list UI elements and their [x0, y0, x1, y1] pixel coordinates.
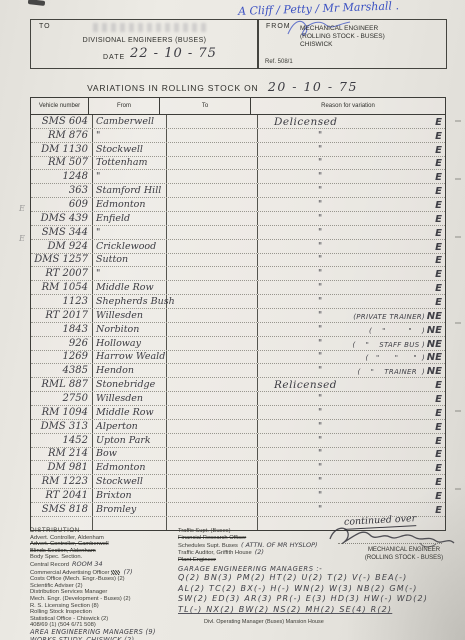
from-garage-cell: Willesden: [93, 392, 167, 405]
reason-cell: "E: [258, 254, 445, 267]
to-garage-cell: [167, 115, 258, 128]
column-header-from: From: [89, 98, 160, 114]
reason-cell: "E: [258, 461, 445, 474]
sender-line: MECHANICAL ENGINEER: [300, 25, 385, 33]
status-code: E: [435, 297, 442, 308]
vehicle-number-cell: RM 1094: [31, 406, 93, 419]
reason-text: ": [318, 352, 322, 362]
vehicle-number-cell: RM 1223: [31, 475, 93, 488]
reason-cell: "E: [258, 198, 445, 211]
vehicle-number-cell: SMS 818: [31, 503, 93, 516]
handwritten-addition: ROOM 34: [72, 560, 103, 568]
distribution-item-text: Mech. Engr. (Development - Buses) (2): [30, 596, 131, 602]
distribution-item: Costs Office (Mech. Engr.-Buses) (2): [30, 576, 182, 583]
reason-text: Delicensed: [274, 116, 338, 128]
to-garage-cell: [167, 337, 258, 350]
vehicle-number-cell: RT 2007: [31, 267, 93, 280]
table-row: DMS 439Enfield"E: [31, 212, 445, 226]
table-row: RML 887StonebridgeRelicensedE: [31, 378, 445, 392]
from-garage-cell: Shepherds Bush: [93, 295, 167, 308]
reason-text: ": [318, 172, 322, 182]
to-garage-cell: [167, 323, 258, 336]
reason-text: ": [318, 477, 322, 487]
status-code: NE: [427, 311, 442, 322]
to-garage-cell: [167, 461, 258, 474]
to-garage-cell: [167, 157, 258, 170]
reason-text: ": [318, 242, 322, 252]
table-row: 1843Norbiton"( " " )NE: [31, 323, 445, 337]
reason-cell: "E: [258, 295, 445, 308]
distribution-item: Central RecordROOM 34: [30, 561, 182, 569]
column-header-vehicle: Vehicle number: [31, 98, 89, 114]
distribution-item-text: Costs Office (Mech. Engr.-Buses) (2): [30, 576, 125, 582]
table-row: 1123Shepherds Bush"E: [31, 295, 445, 309]
date-value-handwritten: 22 - 10 - 75: [130, 46, 217, 61]
table-row: 2750Willesden"E: [31, 392, 445, 406]
to-garage-cell: [167, 198, 258, 211]
to-garage-cell: [167, 392, 258, 405]
garage-code-line: TL(-) NX(2) BW(2) NS(2) MH(2) SE(4) R(2): [178, 605, 465, 616]
distribution-item-text: Rolling Stock Inspection: [30, 609, 92, 615]
to-garage-cell: [167, 267, 258, 280]
vehicle-number-cell: RT 2017: [31, 309, 93, 322]
from-garage-cell: Sutton: [93, 254, 167, 267]
from-garage-cell: Enfield: [93, 212, 167, 225]
status-code: E: [435, 228, 442, 239]
reason-note: ( " TRAINER ): [358, 368, 425, 376]
vehicle-number-cell: DM 1130: [31, 143, 93, 156]
from-garage-cell: ": [93, 226, 167, 239]
reason-note: ( " STAFF BUS ): [352, 341, 425, 349]
reason-cell: "E: [258, 475, 445, 488]
reason-cell: "E: [258, 267, 445, 280]
distribution-item: Financial Research Officer: [178, 535, 465, 542]
vehicle-number-cell: DMS 439: [31, 212, 93, 225]
reason-text: ": [318, 436, 322, 446]
distribution-item: Mech. Engr. (Development - Buses) (2): [30, 596, 182, 603]
to-garage-cell: [167, 475, 258, 488]
to-label: TO: [39, 23, 51, 30]
from-garage-cell: Bow: [93, 448, 167, 461]
distribution-item: Blinds Section, Aldenham: [30, 548, 182, 555]
to-garage-cell: [167, 309, 258, 322]
vehicle-number-cell: 363: [31, 184, 93, 197]
reason-cell: "E: [258, 392, 445, 405]
status-code: NE: [427, 352, 442, 363]
status-code: E: [435, 394, 442, 405]
status-code: E: [435, 158, 442, 169]
table-row: RM 214Bow"E: [31, 448, 445, 462]
reason-text: ": [318, 200, 322, 210]
handwritten-addition: ( ATTN. OF MR HYSLOP): [241, 541, 318, 549]
reason-text: ": [318, 491, 322, 501]
distribution-item-text: Commercial Advertising Officer: [30, 570, 109, 576]
status-code: E: [435, 463, 442, 474]
status-code: E: [435, 422, 442, 433]
status-code: E: [435, 449, 442, 460]
from-garage-cell: Hendon: [93, 364, 167, 377]
reason-cell: "E: [258, 184, 445, 197]
distribution-item-text: Blinds Section, Aldenham: [30, 548, 96, 554]
reason-text: ": [318, 186, 322, 196]
distribution-left-column: DISTRIBUTION Advert. Controller, Aldenha…: [30, 528, 182, 640]
from-garage-cell: Middle Row: [93, 406, 167, 419]
table-row: 609Edmonton"E: [31, 198, 445, 212]
reason-text: ": [318, 505, 322, 515]
to-address-box: TO DIVISIONAL ENGINEERS (BUSES) DATE 22 …: [30, 19, 259, 69]
distribution-item-text: Advert. Controller, Aldenham: [30, 535, 104, 541]
distribution-item: Scientific Adviser (2): [30, 583, 182, 590]
status-code: E: [435, 269, 442, 280]
garage-code-line: AL(2) TC(2) BX(-) H(-) WN(2) W(3) NB(2) …: [178, 584, 465, 595]
reason-cell: "E: [258, 226, 445, 239]
status-code: NE: [427, 339, 442, 350]
faded-stamp: [93, 23, 208, 32]
status-code: E: [435, 242, 442, 253]
vehicle-number-cell: 1843: [31, 323, 93, 336]
distribution-item: Traffic Auditor, Griffith House(2): [178, 549, 465, 557]
reason-cell: "E: [258, 489, 445, 502]
column-header-reason: Reason for variation: [251, 98, 445, 114]
reason-note: ( " " ): [369, 327, 425, 335]
garage-code-lines: Q(2) BN(3) PM(2) HT(2) U(2) T(2) V(-) BE…: [178, 573, 465, 616]
status-code: E: [435, 255, 442, 266]
reason-text: ": [318, 422, 322, 432]
status-code: E: [435, 117, 442, 128]
status-code: E: [435, 283, 442, 294]
from-garage-cell: Camberwell: [93, 115, 167, 128]
vehicle-number-cell: 1452: [31, 434, 93, 447]
to-garage-cell: [167, 254, 258, 267]
vehicle-number-cell: SMS 344: [31, 226, 93, 239]
reason-text: ": [318, 145, 322, 155]
scanned-document-page: A Cliff / Petty / Mr Marshall . TO DIVIS…: [0, 0, 465, 640]
reason-text: ": [318, 394, 322, 404]
garage-code-line: Q(2) BN(3) PM(2) HT(2) U(2) T(2) V(-) BE…: [178, 573, 465, 584]
table-row: DM 981Edmonton"E: [31, 461, 445, 475]
from-garage-cell: Stockwell: [93, 143, 167, 156]
distribution-item-text: R. S. Licensing Section (8): [30, 603, 99, 609]
reason-note: ( " " " ): [365, 354, 425, 362]
reason-note: (PRIVATE TRAINER): [353, 313, 425, 321]
rolling-stock-table: Vehicle number From To Reason for variat…: [30, 97, 446, 531]
status-code: E: [435, 172, 442, 183]
reason-text: ": [318, 408, 322, 418]
from-garage-cell: Bromley: [93, 503, 167, 516]
from-garage-cell: Tottenham: [93, 157, 167, 170]
from-garage-cell: Holloway: [93, 337, 167, 350]
distribution-item-text: Traffic Supt. (Buses): [178, 528, 231, 534]
reason-cell: "E: [258, 170, 445, 183]
distribution-item-text: Central Record: [30, 562, 69, 568]
vehicle-number-cell: 1269: [31, 351, 93, 364]
distribution-item: Commercial Advertising Officer(7): [30, 569, 182, 577]
distribution-item-text: Advert. Controller, Camberwell: [30, 541, 109, 547]
reason-cell: "( " " " )NE: [258, 351, 445, 364]
table-row: RT 2017Willesden"(PRIVATE TRAINER)NE: [31, 309, 445, 323]
vehicle-number-cell: DM 924: [31, 240, 93, 253]
table-row: DMS 1257Sutton"E: [31, 254, 445, 268]
table-row: 1269Harrow Weald"( " " " )NE: [31, 351, 445, 365]
distribution-item-text: Schedules Supt. Buses: [178, 543, 238, 549]
from-garage-cell: Willesden: [93, 309, 167, 322]
distribution-item: Distribution Services Manager: [30, 589, 182, 596]
reason-text: ": [318, 269, 322, 279]
vehicle-number-cell: 4385: [31, 364, 93, 377]
title-date-handwritten: 20 - 10 - 75: [268, 79, 358, 94]
from-garage-cell: Norbiton: [93, 323, 167, 336]
distribution-item: Advert. Controller, Camberwell: [30, 541, 182, 548]
vehicle-number-cell: RM 214: [31, 448, 93, 461]
distribution-item-text: Financial Research Officer: [178, 535, 246, 541]
vehicle-number-cell: 609: [31, 198, 93, 211]
reason-text: ": [318, 283, 322, 293]
from-garage-cell: ": [93, 170, 167, 183]
status-code: E: [435, 186, 442, 197]
to-garage-cell: [167, 434, 258, 447]
table-row: 1452Upton Park"E: [31, 434, 445, 448]
garage-managers-heading: GARAGE ENGINEERING MANAGERS :-: [178, 566, 465, 573]
table-row: RM 1223Stockwell"E: [31, 475, 445, 489]
table-header-row: Vehicle number From To Reason for variat…: [31, 98, 445, 115]
from-garage-cell: ": [93, 267, 167, 280]
vehicle-number-cell: RM 1054: [31, 281, 93, 294]
vehicle-number-cell: SMS 604: [31, 115, 93, 128]
distribution-item: Plant Engineer: [178, 557, 465, 564]
margin-mark: E: [19, 204, 25, 213]
to-garage-cell: [167, 295, 258, 308]
scan-artifact-edge: [455, 488, 461, 490]
from-garage-cell: Upton Park: [93, 434, 167, 447]
reason-cell: "E: [258, 143, 445, 156]
distribution-item: Body Spec. Section.: [30, 554, 182, 561]
reason-cell: "E: [258, 503, 445, 516]
scan-artifact-edge: [455, 322, 461, 324]
reason-text: ": [318, 255, 322, 265]
to-garage-cell: [167, 240, 258, 253]
vehicle-number-cell: RT 2041: [31, 489, 93, 502]
reason-text: ": [318, 449, 322, 459]
to-garage-cell: [167, 129, 258, 142]
from-garage-cell: Stonebridge: [93, 378, 167, 391]
reason-cell: "E: [258, 129, 445, 142]
reason-text: ": [318, 339, 322, 349]
vehicle-number-cell: DMS 313: [31, 420, 93, 433]
garage-code-line: SW(2) ED(3) AR(3) PR(-) E(3) HD(3) HW(-)…: [178, 594, 465, 605]
from-garage-cell: Brixton: [93, 489, 167, 502]
distribution-item-text: Traffic Auditor, Griffith House: [178, 550, 252, 556]
vehicle-number-cell: DM 981: [31, 461, 93, 474]
from-garage-cell: ": [93, 129, 167, 142]
table-row: RM 507Tottenham"E: [31, 157, 445, 171]
distribution-item-text: Scientific Adviser (2): [30, 583, 83, 589]
sender-address: MECHANICAL ENGINEER (ROLLING STOCK - BUS…: [300, 25, 385, 49]
distribution-item: Rolling Stock Inspection: [30, 609, 182, 616]
from-garage-cell: Edmonton: [93, 198, 167, 211]
table-row: RM 876""E: [31, 129, 445, 143]
to-garage-cell: [167, 170, 258, 183]
to-garage-cell: [167, 406, 258, 419]
status-code: E: [435, 380, 442, 391]
crossed-out-scribble: [111, 570, 120, 575]
operating-manager-line: Divl. Operating Manager (Buses) Mansion …: [204, 619, 465, 626]
reason-cell: "( " STAFF BUS )NE: [258, 337, 445, 350]
reason-cell: "E: [258, 420, 445, 433]
from-garage-cell: Alperton: [93, 420, 167, 433]
table-row: DM 1130Stockwell"E: [31, 143, 445, 157]
reason-cell: "E: [258, 406, 445, 419]
reason-text: ": [318, 366, 322, 376]
vehicle-number-cell: RM 507: [31, 157, 93, 170]
to-garage-cell: [167, 489, 258, 502]
status-code: E: [435, 145, 442, 156]
reason-text: ": [318, 463, 322, 473]
to-garage-cell: [167, 351, 258, 364]
distribution-left-items: Advert. Controller, AldenhamAdvert. Cont…: [30, 535, 182, 640]
reason-text: ": [318, 158, 322, 168]
vehicle-number-cell: RM 876: [31, 129, 93, 142]
table-row: DM 924Cricklewood"E: [31, 240, 445, 254]
reason-text: ": [318, 214, 322, 224]
to-garage-cell: [167, 212, 258, 225]
from-garage-cell: Middle Row: [93, 281, 167, 294]
reference-number: Ref. 508/1: [265, 59, 293, 65]
column-header-to: To: [160, 98, 251, 114]
distribution-item-text: Plant Engineer: [178, 557, 216, 563]
reason-cell: DelicensedE: [258, 115, 445, 128]
reason-cell: "(PRIVATE TRAINER)NE: [258, 309, 445, 322]
reason-text: ": [318, 311, 322, 321]
table-row: RM 1094Middle Row"E: [31, 406, 445, 420]
distribution-item: R. S. Licensing Section (8): [30, 603, 182, 610]
reason-cell: RelicensedE: [258, 378, 445, 391]
table-row: 4385Hendon"( " TRAINER )NE: [31, 364, 445, 378]
to-garage-cell: [167, 184, 258, 197]
from-garage-cell: Edmonton: [93, 461, 167, 474]
status-code: NE: [427, 325, 442, 336]
to-garage-cell: [167, 503, 258, 516]
reason-text: ": [318, 325, 322, 335]
from-garage-cell: Stamford Hill: [93, 184, 167, 197]
table-row: RT 2041Brixton"E: [31, 489, 445, 503]
reason-cell: "E: [258, 434, 445, 447]
vehicle-number-cell: RML 887: [31, 378, 93, 391]
to-garage-cell: [167, 448, 258, 461]
handwritten-addition: (7): [123, 568, 132, 576]
to-garage-cell: [167, 364, 258, 377]
vehicle-number-cell: 1248: [31, 170, 93, 183]
reason-cell: "E: [258, 212, 445, 225]
reason-cell: "E: [258, 281, 445, 294]
to-garage-cell: [167, 378, 258, 391]
vehicle-number-cell: 2750: [31, 392, 93, 405]
vehicle-number-cell: 1123: [31, 295, 93, 308]
reason-text: ": [318, 131, 322, 141]
scan-artifact-edge: [455, 120, 461, 122]
distribution-item-handwritten: WORKS STUDY, CHISWICK (2): [30, 636, 134, 640]
status-code: E: [435, 491, 442, 502]
distribution-middle-column: Traffic Supt. (Buses)Financial Research …: [178, 528, 465, 626]
distribution-heading: DISTRIBUTION: [30, 528, 182, 535]
status-code: E: [435, 436, 442, 447]
to-garage-cell: [167, 143, 258, 156]
table-row: SMS 604CamberwellDelicensedE: [31, 115, 445, 129]
distribution-item-text: Distribution Services Manager: [30, 589, 107, 595]
scan-artifact-edge: [455, 178, 461, 180]
status-code: E: [435, 477, 442, 488]
distribution-item: Statistical Office - Chiswick (2): [30, 616, 182, 623]
to-garage-cell: [167, 420, 258, 433]
reason-cell: "E: [258, 448, 445, 461]
from-garage-cell: Harrow Weald: [93, 351, 167, 364]
vehicle-number-cell: 926: [31, 337, 93, 350]
reason-cell: "E: [258, 157, 445, 170]
distribution-item: Schedules Supt. Buses( ATTN. OF MR HYSLO…: [178, 542, 465, 550]
recipient-name: DIVISIONAL ENGINEERS (BUSES): [31, 37, 258, 44]
document-title: VARIATIONS IN ROLLING STOCK ON: [87, 83, 258, 93]
table-row: RM 1054Middle Row"E: [31, 281, 445, 295]
distribution-item: Advert. Controller, Aldenham: [30, 535, 182, 542]
table-rows: SMS 604CamberwellDelicensedERM 876""EDM …: [31, 115, 445, 530]
handwritten-addition: (2): [255, 548, 264, 556]
status-code: E: [435, 131, 442, 142]
distribution-middle-items: Traffic Supt. (Buses)Financial Research …: [178, 528, 465, 564]
sender-line: CHISWICK: [300, 41, 385, 49]
reason-text: ": [318, 228, 322, 238]
table-row: 1248""E: [31, 170, 445, 184]
table-row: DMS 313Alperton"E: [31, 420, 445, 434]
reason-cell: "E: [258, 240, 445, 253]
date-label: DATE: [103, 54, 125, 61]
reason-cell: "( " TRAINER )NE: [258, 364, 445, 377]
to-garage-cell: [167, 281, 258, 294]
status-code: E: [435, 408, 442, 419]
document-title-row: VARIATIONS IN ROLLING STOCK ON 20 - 10 -…: [0, 78, 445, 96]
status-code: NE: [427, 366, 442, 377]
margin-mark: E: [19, 234, 25, 243]
scan-artifact-edge: [455, 236, 461, 238]
from-address-box: FROM MECHANICAL ENGINEER (ROLLING STOCK …: [257, 19, 447, 69]
table-row: SMS 344""E: [31, 226, 445, 240]
reason-text: ": [318, 297, 322, 307]
table-row: 363Stamford Hill"E: [31, 184, 445, 198]
status-code: E: [435, 505, 442, 516]
vehicle-number-cell: DMS 1257: [31, 254, 93, 267]
status-code: E: [435, 200, 442, 211]
reason-text: Relicensed: [274, 379, 337, 391]
distribution-item-text: Statistical Office - Chiswick (2): [30, 616, 108, 622]
table-row: RT 2007""E: [31, 267, 445, 281]
status-code: E: [435, 214, 442, 225]
from-garage-cell: Stockwell: [93, 475, 167, 488]
scan-artifact-corner: [28, 0, 45, 6]
scan-artifact-edge: [455, 410, 461, 412]
distribution-item: WORKS STUDY, CHISWICK (2): [30, 637, 182, 640]
sender-line: (ROLLING STOCK - BUSES): [300, 33, 385, 41]
to-garage-cell: [167, 226, 258, 239]
reason-cell: "( " " )NE: [258, 323, 445, 336]
table-row: 926Holloway"( " STAFF BUS )NE: [31, 337, 445, 351]
from-garage-cell: Cricklewood: [93, 240, 167, 253]
distribution-item: Traffic Supt. (Buses): [178, 528, 465, 535]
